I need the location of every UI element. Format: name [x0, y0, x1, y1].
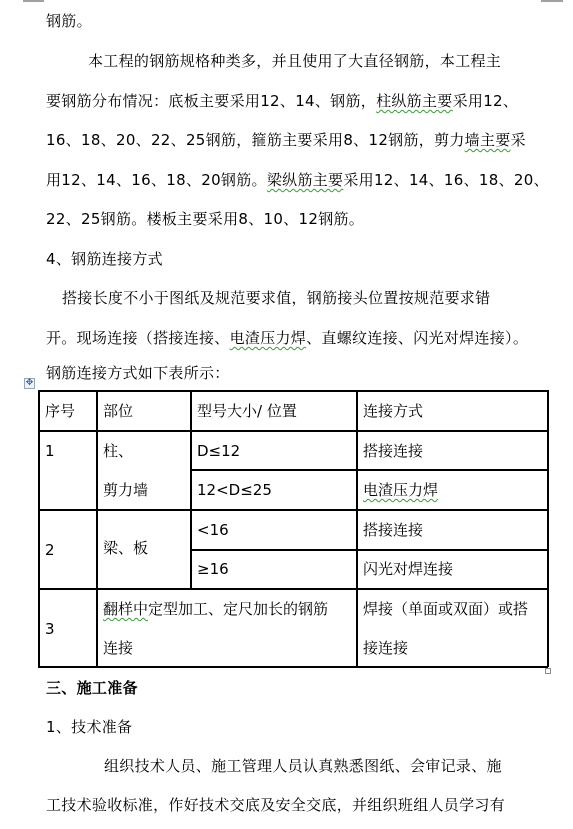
table-border: [190, 390, 192, 589]
text-run: 要钢筋分布情况：底板主要采用12、14、钢筋，: [46, 92, 376, 110]
spellcheck-underlined-text: 墙主要: [465, 131, 511, 149]
text-run: 16、18、20、22、25钢筋，箍筋主要采用8、12钢筋，剪力: [46, 131, 465, 149]
table-border: [38, 666, 548, 668]
paragraph-line: 用12、14、16、18、20钢筋。梁纵筋主要采用12、14、16、18、20、: [46, 170, 549, 190]
table-header: 连接方式: [363, 401, 423, 421]
table-border: [38, 390, 548, 392]
spellcheck-underlined-text: 柱纵筋主要: [376, 92, 453, 110]
paragraph-line: 工技术验收标准，作好技术交底及安全交底，并组织班组人员学习有: [46, 795, 505, 815]
paragraph-line: 组织技术人员、施工管理人员认真熟悉图纸、会审记录、施: [104, 756, 502, 776]
table-cell-method: 搭接连接: [363, 520, 423, 540]
table-cell-size: D≤12: [197, 441, 240, 461]
table-border: [38, 509, 548, 511]
subheading: 4、钢筋连接方式: [46, 249, 163, 269]
text-run: 定型加工、定尺加长的钢筋: [148, 600, 328, 618]
paragraph-line: 22、25钢筋。楼板主要采用8、10、12钢筋。: [46, 209, 364, 229]
table-cell-no: 2: [45, 540, 55, 560]
table-header: 部位: [103, 401, 133, 421]
table-cell-method: 闪光对焊连接: [363, 559, 453, 579]
spellcheck-underlined-text: 电渣压力焊: [230, 329, 307, 347]
table-cell-part: 柱、: [103, 441, 133, 461]
section-heading: 三、施工准备: [46, 678, 138, 698]
paragraph-line: 钢筋。: [46, 11, 92, 31]
spellcheck-underlined-text: 梁纵筋主要: [267, 171, 344, 189]
table-cell-no: 3: [45, 619, 55, 639]
table-cell-desc: 翻样中定型加工、定尺加长的钢筋: [103, 599, 328, 619]
text-run: 采: [511, 131, 526, 149]
table-border: [356, 390, 358, 667]
table-cell-part: 梁、板: [103, 538, 148, 558]
table-border: [190, 469, 548, 471]
paragraph-line: 钢筋连接方式如下表所示：: [46, 363, 230, 383]
table-border: [38, 390, 40, 667]
table-border: [38, 588, 548, 590]
page-corner-mark-left: [23, 0, 44, 2]
table-border: [38, 430, 548, 432]
spellcheck-underlined-text: 翻样中: [103, 600, 148, 618]
paragraph-line: 开。现场连接（搭接连接、电渣压力焊、直螺纹连接、闪光对焊连接）。: [46, 328, 528, 348]
table-cell-method: 焊接（单面或双面）或搭: [363, 599, 528, 619]
table-cell-size: ≥16: [197, 559, 229, 579]
table-border: [190, 549, 548, 551]
table-cell-method: 接连接: [363, 638, 408, 658]
table-cell-method: 电渣压力焊: [363, 480, 438, 500]
subheading: 1、技术准备: [46, 717, 132, 737]
paragraph-line: 16、18、20、22、25钢筋，箍筋主要采用8、12钢筋，剪力墙主要采: [46, 130, 526, 150]
text-run: 、直螺纹连接、闪光对焊连接）。: [306, 329, 528, 347]
table-border: [547, 390, 549, 667]
table-border: [96, 390, 98, 667]
table-move-handle-icon[interactable]: ✥: [24, 378, 35, 389]
table-cell-no: 1: [45, 441, 55, 461]
text-run: 采用12、: [453, 92, 519, 110]
page-corner-mark-right: [541, 0, 563, 2]
text-run: 采用12、14、16、18、20、: [343, 171, 549, 189]
table-header: 序号: [45, 401, 75, 421]
text-run: 用12、14、16、18、20钢筋。: [46, 171, 267, 189]
text-run: 开。现场连接（搭接连接、: [46, 329, 230, 347]
paragraph-line: 搭接长度不小于图纸及规范要求值，钢筋接头位置按规范要求错: [62, 288, 490, 308]
table-cell-method: 搭接连接: [363, 441, 423, 461]
table-cell-size: <16: [197, 520, 229, 540]
table-cell-part: 剪力墙: [103, 480, 148, 500]
table-cell-desc: 连接: [103, 638, 133, 658]
table-header: 型号大小/ 位置: [197, 401, 297, 421]
paragraph-line: 本工程的钢筋规格种类多，并且使用了大直径钢筋，本工程主: [88, 51, 501, 71]
table-cell-size: 12<D≤25: [197, 480, 272, 500]
table-resize-handle[interactable]: [545, 668, 551, 674]
paragraph-line: 要钢筋分布情况：底板主要采用12、14、钢筋，柱纵筋主要采用12、: [46, 91, 518, 111]
